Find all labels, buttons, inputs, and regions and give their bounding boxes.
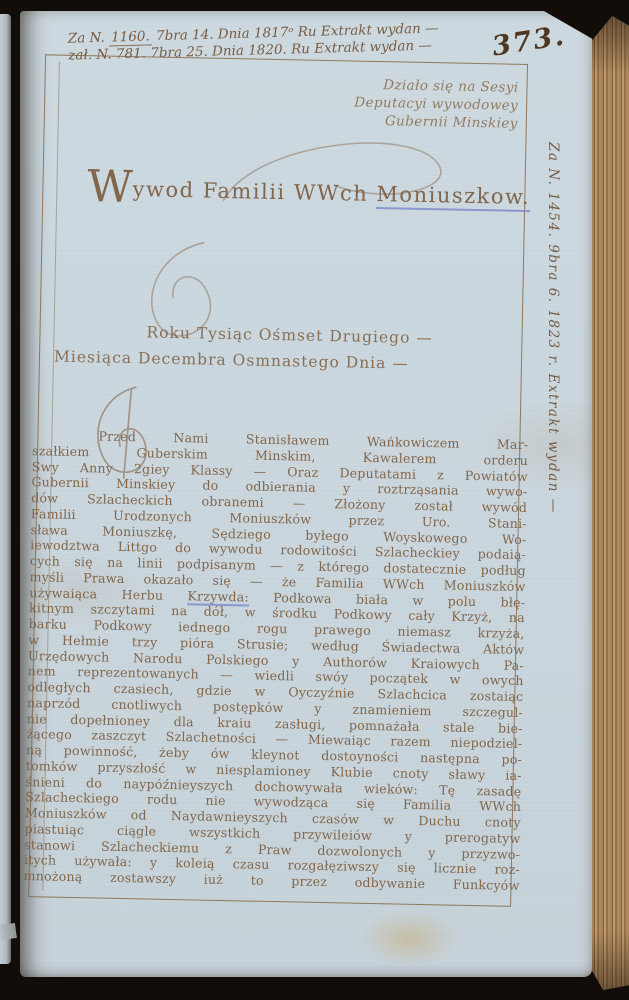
title-initial-flourish: W [87,161,133,213]
facing-page-corner [0,923,17,940]
ruled-frame: Działo się na SesyiDeputacyi wywodoweyGu… [28,54,528,907]
document-title: Wywod Familii WWch Moniuszkow. [87,176,530,209]
book-fore-edge-pages [592,16,629,990]
date-lines: Roku Tysiąc Ośmset Drugiego —Miesiąca De… [54,318,495,379]
annotation-prefix: Za N. [68,30,105,47]
title-text: ywod Familii WWch [132,177,376,206]
manuscript-body: Przed Nami Stanisławem Wańkowiczem Mar-s… [23,427,528,894]
family-name-underlined: Moniuszkow. [376,182,530,212]
facing-page-edge [0,14,11,964]
annotation-number: 1160. [109,28,152,46]
vertical-margin-note: Za N. 1454. 9bra 6. 1823 r. Extrakt wyda… [545,142,561,994]
scanned-manuscript-photo: Za N. 1160. 7bra 14. Dnia 1817ᵒ Ru Extra… [0,0,629,1000]
session-note-line: Deputacyi wywodowey [354,94,518,115]
session-note-line: Gubernii Minskiey [354,112,518,133]
session-note: Działo się na SesyiDeputacyi wywodoweyGu… [354,76,519,133]
